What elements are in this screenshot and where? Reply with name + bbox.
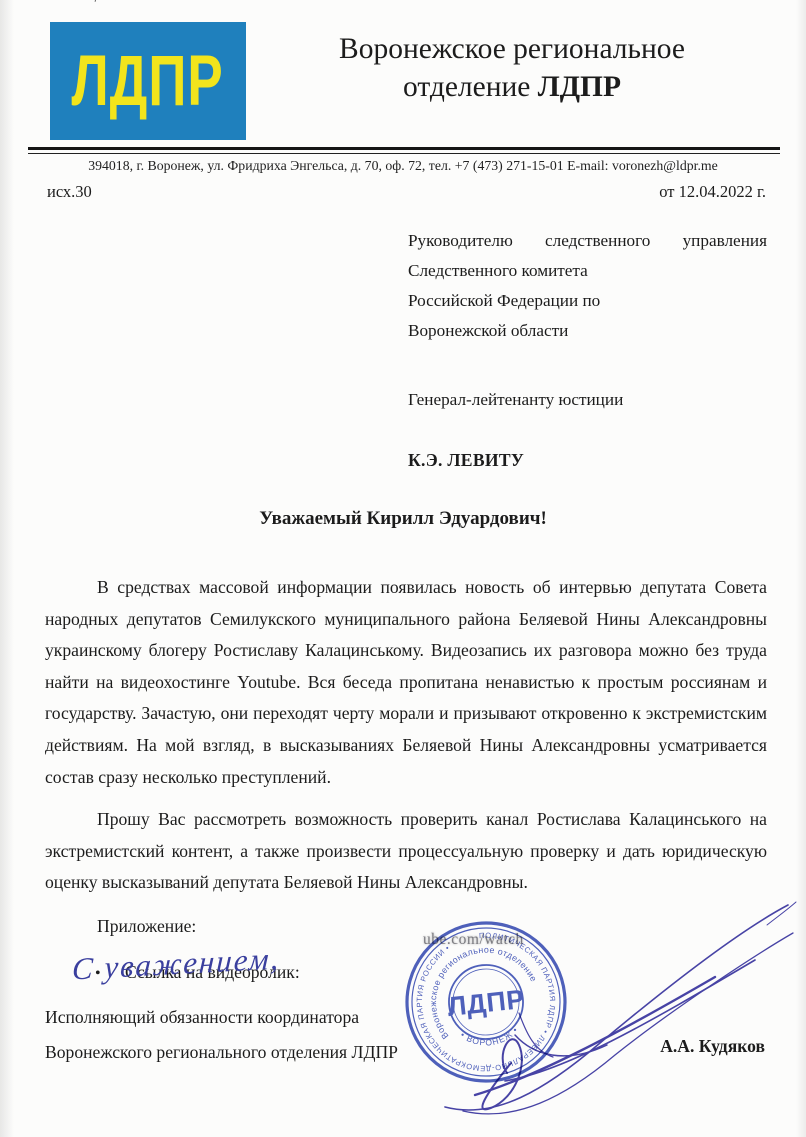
recipient-name: К.Э. ЛЕВИТУ — [408, 450, 524, 471]
organization-title-line2: отделение ЛДПР — [256, 68, 768, 106]
contact-address-line: 394018, г. Воронеж, ул. Фридриха Энгельс… — [0, 158, 806, 174]
recipient-line: Воронежской области — [408, 316, 767, 346]
handwritten-signature — [415, 885, 806, 1130]
ldpr-logo-text: ЛДПР — [72, 40, 224, 122]
organization-title: Воронежское региональное отделение ЛДПР — [256, 30, 768, 106]
scan-artifact: ʹ — [94, 0, 97, 13]
recipient-line: Следственного комитета — [408, 256, 767, 286]
recipient-line: Российской Федерации по — [408, 286, 767, 316]
organization-title-line1: Воронежское региональное — [256, 30, 768, 68]
signer-position-line2: Воронежского регионального отделения ЛДП… — [45, 1035, 398, 1070]
ldpr-logo: ЛДПР — [50, 22, 246, 140]
letter-date: от 12.04.2022 г. — [659, 182, 766, 202]
recipient-rank: Генерал-лейтенанту юстиции — [408, 390, 623, 410]
signer-position: Исполняющий обязанности координатора Вор… — [45, 1000, 398, 1070]
scanned-letter-page: ʹ ЛДПР Воронежское региональное отделени… — [0, 0, 806, 1137]
header-divider — [28, 147, 780, 154]
recipient-line: Руководителю следственного управления — [408, 226, 767, 256]
body-paragraph-1: В средствах массовой информации появилас… — [45, 572, 767, 793]
signer-position-line1: Исполняющий обязанности координатора — [45, 1000, 398, 1035]
salutation: Уважаемый Кирилл Эдуардович! — [0, 508, 806, 530]
outgoing-number: исх.30 — [47, 182, 92, 202]
recipient-block: Руководителю следственного управления Сл… — [408, 226, 767, 346]
